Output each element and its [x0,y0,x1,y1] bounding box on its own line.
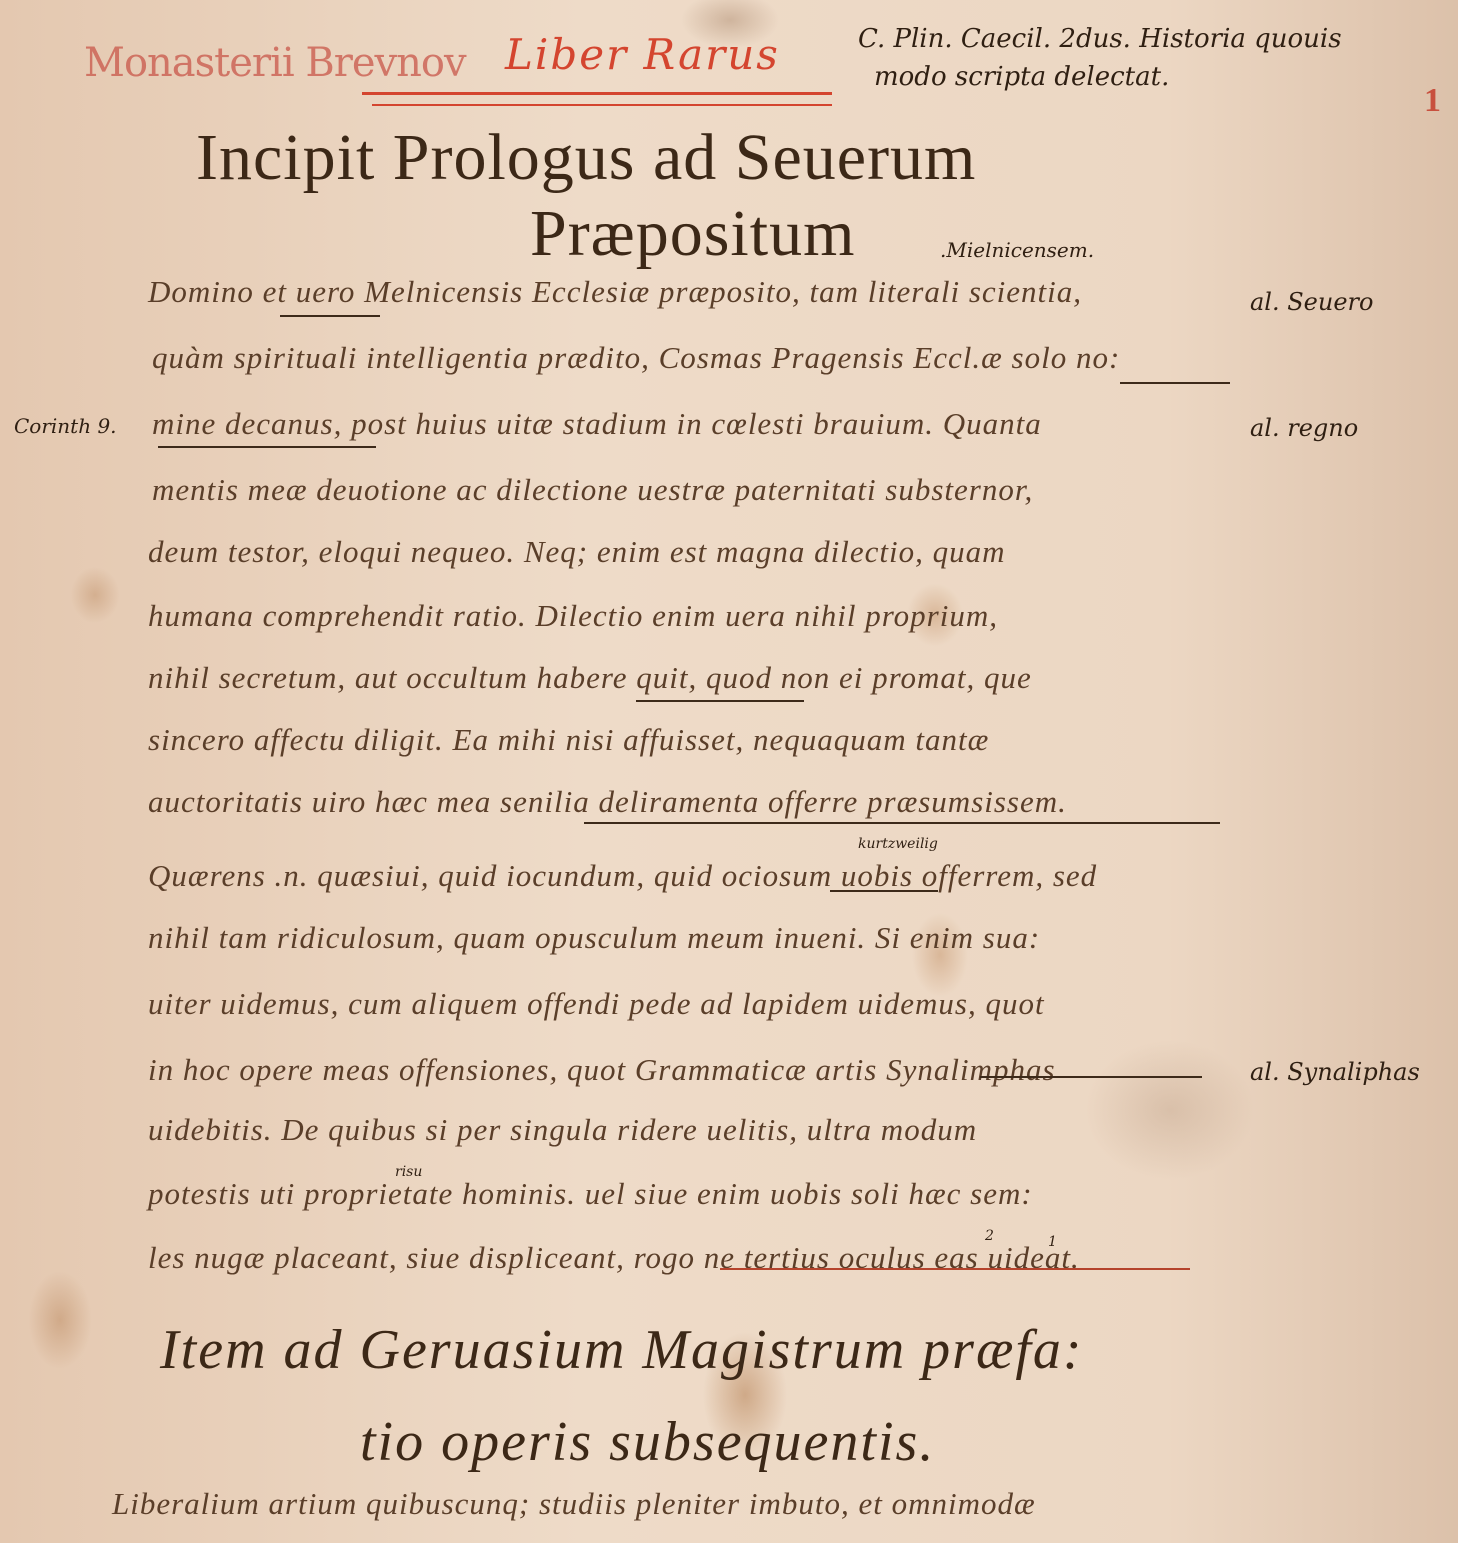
red-underline [362,92,832,95]
prologue-line-2: quàm spirituali intelligentia prædito, C… [152,340,1120,376]
section2-first-line: Liberalium artium quibuscunq; studiis pl… [112,1486,1036,1522]
prologue-line-12: uiter uidemus, cum aliquem offendi pede … [148,986,1045,1022]
gloss-ociosum: kurtzweilig [858,836,938,852]
manuscript-page: Monasterii Brevnov Liber Rarus C. Plin. … [0,0,1458,1543]
red-underline-2 [372,104,832,106]
prologue-line-15: potestis uti proprietate hominis. uel si… [148,1176,1033,1212]
library-stamp: Monasterii Brevnov [84,40,466,86]
prologue-line-3: mine decanus, post huius uitæ stadium in… [152,406,1042,442]
underline-rogo-ne-tertius [720,1268,1190,1270]
prologue-line-16: les nugæ placeant, siue displiceant, rog… [148,1240,1080,1276]
margin-note-al-seuero: al. Seuero [1250,288,1373,316]
margin-note-al-synaliphas: al. Synaliphas [1250,1058,1420,1086]
prologue-line-14: uidebitis. De quibus si per singula ride… [148,1112,977,1148]
prologue-line-7: nihil secretum, aut occultum habere quit… [148,660,1032,696]
prologue-line-8: sincero affectu diligit. Ea mihi nisi af… [148,722,989,758]
prologue-line-1: Domino et uero Melnicensis Ecclesiæ præp… [148,274,1082,310]
top-right-note-line1: C. Plin. Caecil. 2dus. Historia quouis [858,24,1342,54]
mark-1: 1 [1048,1234,1057,1250]
title-line1: Incipit Prologus ad Seuerum [196,120,976,196]
section2-heading-line2: tio operis subsequentis. [360,1410,935,1474]
section2-heading-line1: Item ad Geruasium Magistrum præfa: [160,1318,1084,1382]
prologue-line-13: in hoc opere meas offensiones, quot Gram… [148,1052,1056,1088]
underline-synalimphas [980,1076,1202,1078]
prologue-line-11: nihil tam ridiculosum, quam opusculum me… [148,920,1040,956]
title-annotation: .Mielnicensem. [940,238,1094,262]
mark-2: 2 [985,1228,994,1244]
underline-senilia-deliramenta [584,822,1220,824]
margin-note-corinth: Corinth 9. [14,414,117,438]
margin-note-al-regno: al. regno [1250,414,1358,442]
folio-number: 1 [1424,82,1441,120]
gloss-risu: risu [395,1164,422,1180]
underline-ociosum [830,890,938,892]
prologue-line-10: Quærens .n. quæsiui, quid iocundum, quid… [148,858,1097,894]
red-note-liber-rarus: Liber Rarus [505,30,780,79]
underline-mine-decanus [158,446,376,448]
prologue-line-5: deum testor, eloqui nequeo. Neq; enim es… [148,534,1006,570]
title-line2: Præpositum [530,196,855,272]
underline-solo-no [1120,382,1230,384]
underline-et-uero [280,315,380,317]
top-right-note-line2: modo scripta delectat. [874,62,1169,92]
prologue-line-6: humana comprehendit ratio. Dilectio enim… [148,598,998,634]
underline-habere-quit [636,700,804,702]
prologue-line-9: auctoritatis uiro hæc mea senilia delira… [148,784,1067,820]
prologue-line-4: mentis meæ deuotione ac dilectione uestr… [152,472,1033,508]
